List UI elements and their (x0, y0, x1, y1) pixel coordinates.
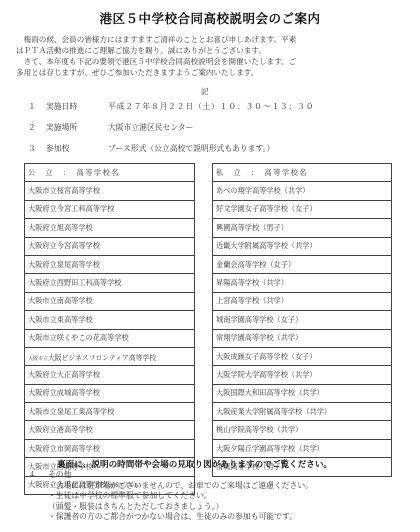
intro-paragraph: 梅雨の候、会員の皆様方にはますますご清祥のこととお喜び申しあげます。平素 はＰＴ… (16, 34, 296, 78)
intro-line: 梅雨の候、会員の皆様方にはますますご清祥のこととお喜び申しあげます。平素 (16, 34, 296, 45)
item-label: 実施場所 (46, 122, 77, 133)
item-label: その他 (48, 470, 71, 481)
table-row: 大阪府立市岡高等学校 (25, 439, 195, 457)
table-row: 大阪府立今宮高等学校 (25, 237, 195, 255)
table-header: 公 立 ： 高等学校名 (25, 164, 195, 182)
public-schools-table: 公 立 ： 高等学校名 大阪市立桜宮高等学校 大阪府立今宮工科高等学校 大阪府立… (24, 163, 195, 495)
item-venue: ２ 実施場所 大阪市立港区民センター (28, 122, 408, 134)
item-number: ４ (28, 470, 36, 481)
item-label: 参加校 (46, 143, 69, 154)
table-row: 大阪府立成城高等学校 (25, 384, 195, 402)
table-row: 桃山学院高等学校（共学） (213, 421, 392, 439)
table-row: 常翔学園高等学校（共学） (213, 329, 392, 347)
table-row: 大阪市立南高等学校 (25, 292, 195, 310)
table-row: 城南学園高等学校（女子） (213, 311, 392, 329)
table-row: 大阪市立咲くやこの花高等学校 (25, 329, 195, 347)
item-date: １ 実施日時 平成２７年８月２２日（土）１０：３０～１３：３０ (28, 101, 408, 113)
table-row: 近畿大学附属高等学校（共学） (213, 237, 392, 255)
private-schools-table: 私 立 ： 高等学校名 あべの翔学高等学校（共学） 好文学園女子高等学校（女子）… (212, 163, 392, 477)
item-label: 実施日時 (46, 101, 77, 112)
table-row: 大阪市立泉尾工業高等学校 (25, 403, 195, 421)
table-row: 大阪市立大阪ビジネスフロンティア高等学校 (25, 347, 195, 365)
table-row: 大阪府立今宮工科高等学校 (25, 200, 195, 218)
item-number: ２ (28, 122, 36, 133)
table-row: 興國高等学校（男子） (213, 219, 392, 237)
table-row: 大阪府立港高等学校 (25, 421, 195, 439)
intro-line: はＰＴＡ活動の推進にご理解ご協力を賜り、誠にありがとうございます。 (16, 45, 296, 56)
table-row: あべの翔学高等学校（共学） (213, 182, 392, 200)
row-main: 大阪ビジネスフロンティア高等学校 (48, 354, 156, 362)
intro-line: さて、本年度も下記の要領で港区５中学校合同高校説明会を開催いたします。ご (16, 56, 296, 67)
other-line: ・生徒は中学校の標準服で参加してください。 (48, 491, 418, 502)
other-line: ・会場には駐車場がございませんので、お車でのご来場はご遠慮ください。 (48, 481, 418, 492)
item-value: 大阪市立港区民センター (108, 122, 193, 133)
table-row: 大阪夕陽丘学園高等学校（共学） (213, 439, 392, 457)
back-page-note: 裏面に、説明の時間帯や会場の見取り図がありますのでご覧ください。 (57, 458, 332, 470)
intro-line: 多用とは存じますが、ぜひご参加いただきますようご案内いたします。 (16, 67, 296, 78)
table-row: 大阪学院大学高等学校（共学） (213, 366, 392, 384)
row-prefix: 大阪市立 (28, 356, 48, 362)
table-row: 大阪産業大学附属高等学校（共学） (213, 403, 392, 421)
other-section: ４ その他 ・会場には駐車場がございませんので、お車でのご来場はご遠慮ください。… (28, 470, 418, 523)
table-row: 大阪市立桜宮高等学校 (25, 182, 195, 200)
table-header: 私 立 ： 高等学校名 (213, 164, 392, 182)
item-schools: ３ 参加校 ブース形式（公立高校で説明形式もあります。） (28, 143, 408, 155)
table-row: 好文学園女子高等学校（女子） (213, 200, 392, 218)
document-title: 港区５中学校合同高校説明会のご案内 (0, 9, 420, 27)
table-row: 昇陽高等学校（共学） (213, 274, 392, 292)
item-value: ブース形式（公立高校で説明形式もあります。） (108, 143, 274, 154)
item-number: ３ (28, 143, 36, 154)
other-line: ・保護者の方のご都合がつかない場合は、生徒のみの参加も可能です。 (48, 512, 418, 523)
table-row: 大阪府立泉尾高等学校 (25, 255, 195, 273)
table-row: 大阪府立西野田工科高等学校 (25, 274, 195, 292)
table-row: 上宮高等学校（共学） (213, 292, 392, 310)
table-row: 大阪国際大和田高等学校（共学） (213, 384, 392, 402)
ki-label: 記 (201, 86, 209, 97)
table-row: 金蘭会高等学校（女子） (213, 255, 392, 273)
item-value: 平成２７年８月２２日（土）１０：３０～１３：３０ (108, 101, 314, 112)
table-row: 大阪市立東高等学校 (25, 311, 195, 329)
table-row: 大阪府立旭高等学校 (25, 219, 195, 237)
other-line: （頭髪・服装はきちんとただしておきましょう。） (48, 502, 418, 513)
table-row: 大阪成蹊女子高等学校（女子） (213, 347, 392, 365)
item-number: １ (28, 101, 36, 112)
table-row: 大阪府立大正高等学校 (25, 366, 195, 384)
